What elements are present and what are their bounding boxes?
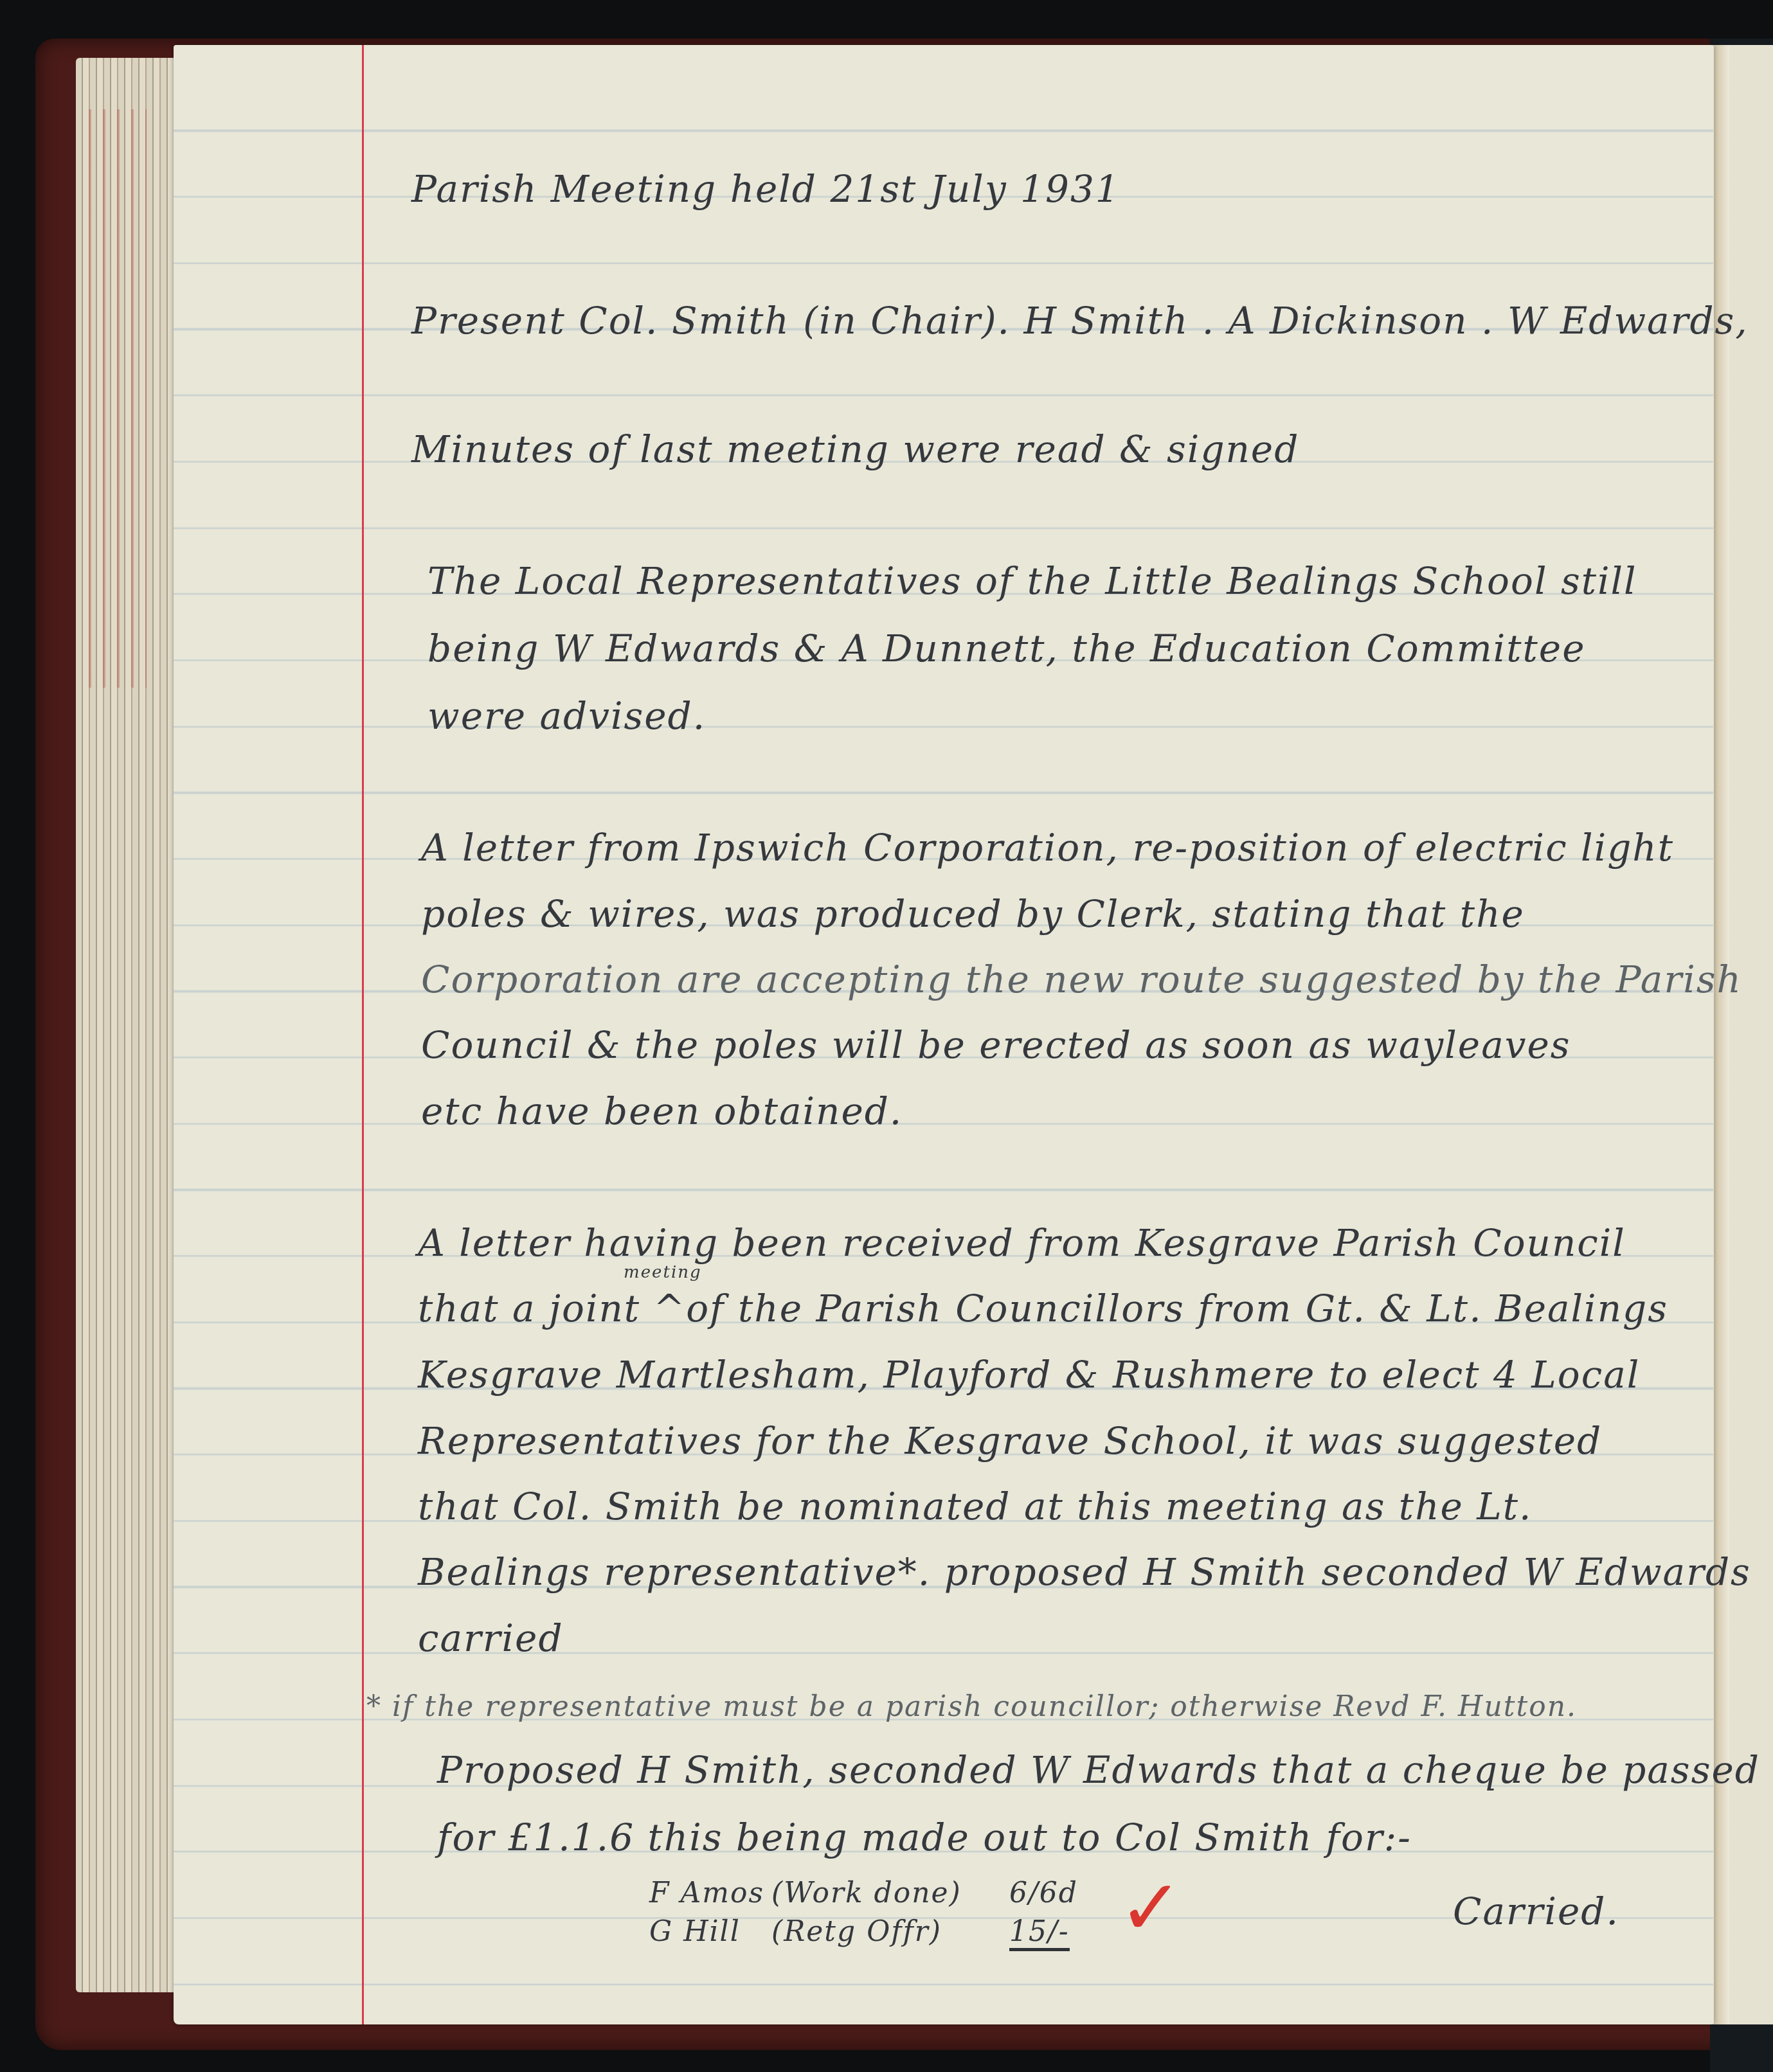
text-line: Council & the poles will be erected as s… <box>421 1023 1571 1067</box>
text-line: that a joint ^of the Parish Councillors … <box>418 1287 1668 1330</box>
payee-name: F Amos <box>649 1877 764 1909</box>
text-line: Corporation are accepting the new route … <box>421 958 1742 1001</box>
text-line: A letter from Ipswich Corporation, re-po… <box>421 826 1674 870</box>
insertion-note: meeting <box>624 1263 702 1282</box>
meeting-heading: Parish Meeting held 21st July 1931 <box>411 167 1120 211</box>
text-line: were advised. <box>428 694 706 738</box>
text-line: Bealings representative*. proposed H Smi… <box>418 1550 1751 1594</box>
text-line: A letter having been received from Kesgr… <box>418 1221 1626 1265</box>
text-line: Proposed H Smith, seconded W Edwards tha… <box>437 1748 1760 1792</box>
text-line: that Col. Smith be nominated at this mee… <box>418 1485 1533 1528</box>
payment-amount: 6/6d <box>1009 1877 1078 1909</box>
minute-book-page: Parish Meeting held 21st July 1931 Prese… <box>174 45 1714 2024</box>
page-edges <box>76 58 179 1992</box>
text-line: Representatives for the Kesgrave School,… <box>418 1419 1602 1463</box>
payee-name: G Hill <box>649 1915 741 1948</box>
margin-line <box>362 45 364 2024</box>
red-check-mark-icon: ✓ <box>1119 1864 1183 1953</box>
payment-amount: 15/- <box>1009 1915 1070 1951</box>
text-line: poles & wires, was produced by Clerk, st… <box>421 892 1525 936</box>
payment-reason: (Retg Offr) <box>771 1915 942 1948</box>
text-line: for £1.1.6 this being made out to Col Sm… <box>437 1816 1412 1859</box>
minutes-approval: Minutes of last meeting were read & sign… <box>411 427 1299 471</box>
text-line: carried <box>418 1616 564 1660</box>
text-line: The Local Representatives of the Little … <box>428 559 1637 603</box>
text-line: Kesgrave Martlesham, Playford & Rushmere… <box>418 1353 1640 1397</box>
attendance-line: Present Col. Smith (in Chair). H Smith .… <box>411 299 1749 343</box>
text-line: etc have been obtained. <box>421 1089 903 1133</box>
text-line: being W Edwards & A Dunnett, the Educati… <box>428 627 1585 670</box>
payment-reason: (Work done) <box>771 1877 962 1909</box>
footnote: * if the representative must be a parish… <box>366 1690 1577 1723</box>
carried-label: Carried. <box>1453 1889 1619 1933</box>
